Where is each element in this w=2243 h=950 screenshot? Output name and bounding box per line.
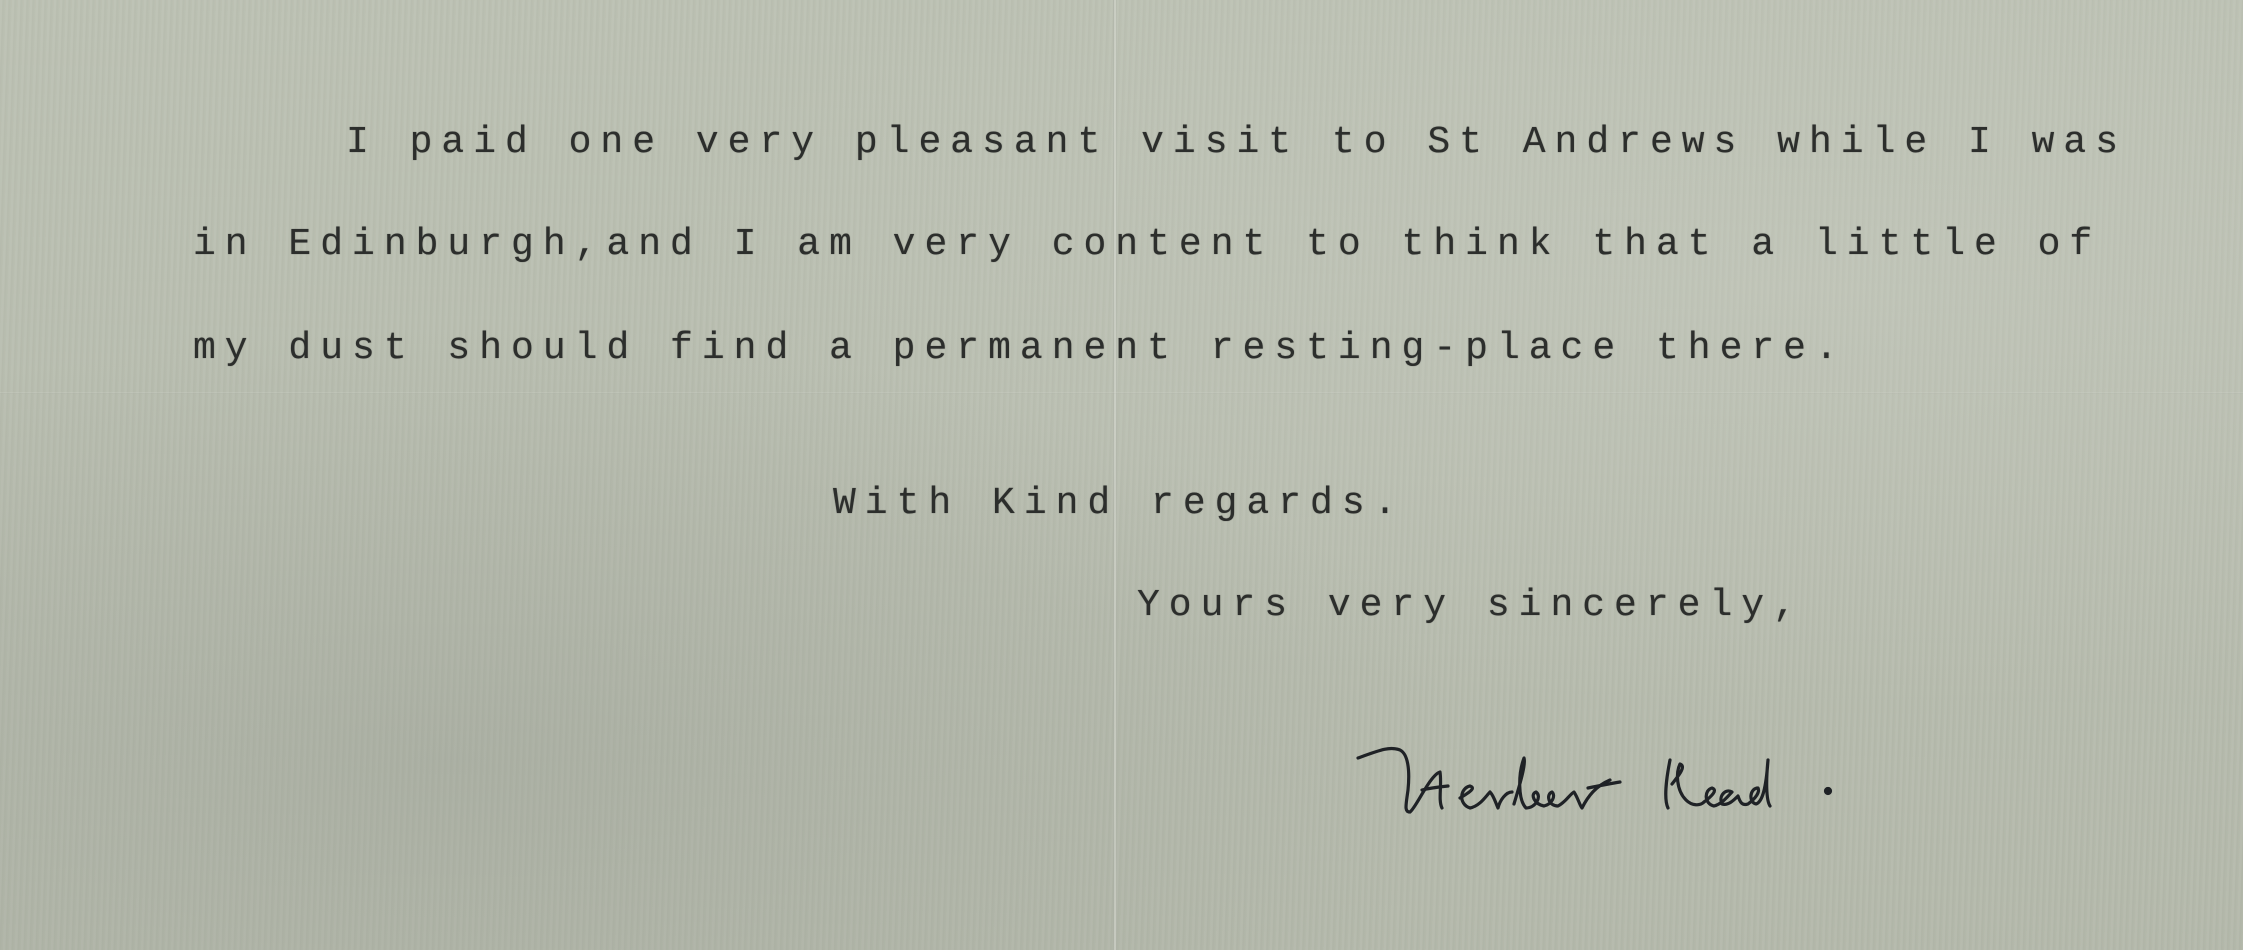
handwritten-signature: Herbert Read .	[1330, 700, 1990, 860]
valediction-line: Yours very sincerely,	[1137, 587, 1805, 625]
paragraph-line-1: I paid one very pleasant visit to St And…	[346, 124, 2127, 162]
signature-icon	[1330, 700, 1990, 860]
letter-page: I paid one very pleasant visit to St And…	[0, 0, 2243, 950]
paper-fold-horizontal	[0, 392, 2243, 394]
closing-line: With Kind regards.	[833, 485, 1405, 523]
paragraph-line-3: my dust should find a permanent resting-…	[193, 330, 1847, 368]
paragraph-line-2: in Edinburgh,and I am very content to th…	[193, 226, 2101, 264]
